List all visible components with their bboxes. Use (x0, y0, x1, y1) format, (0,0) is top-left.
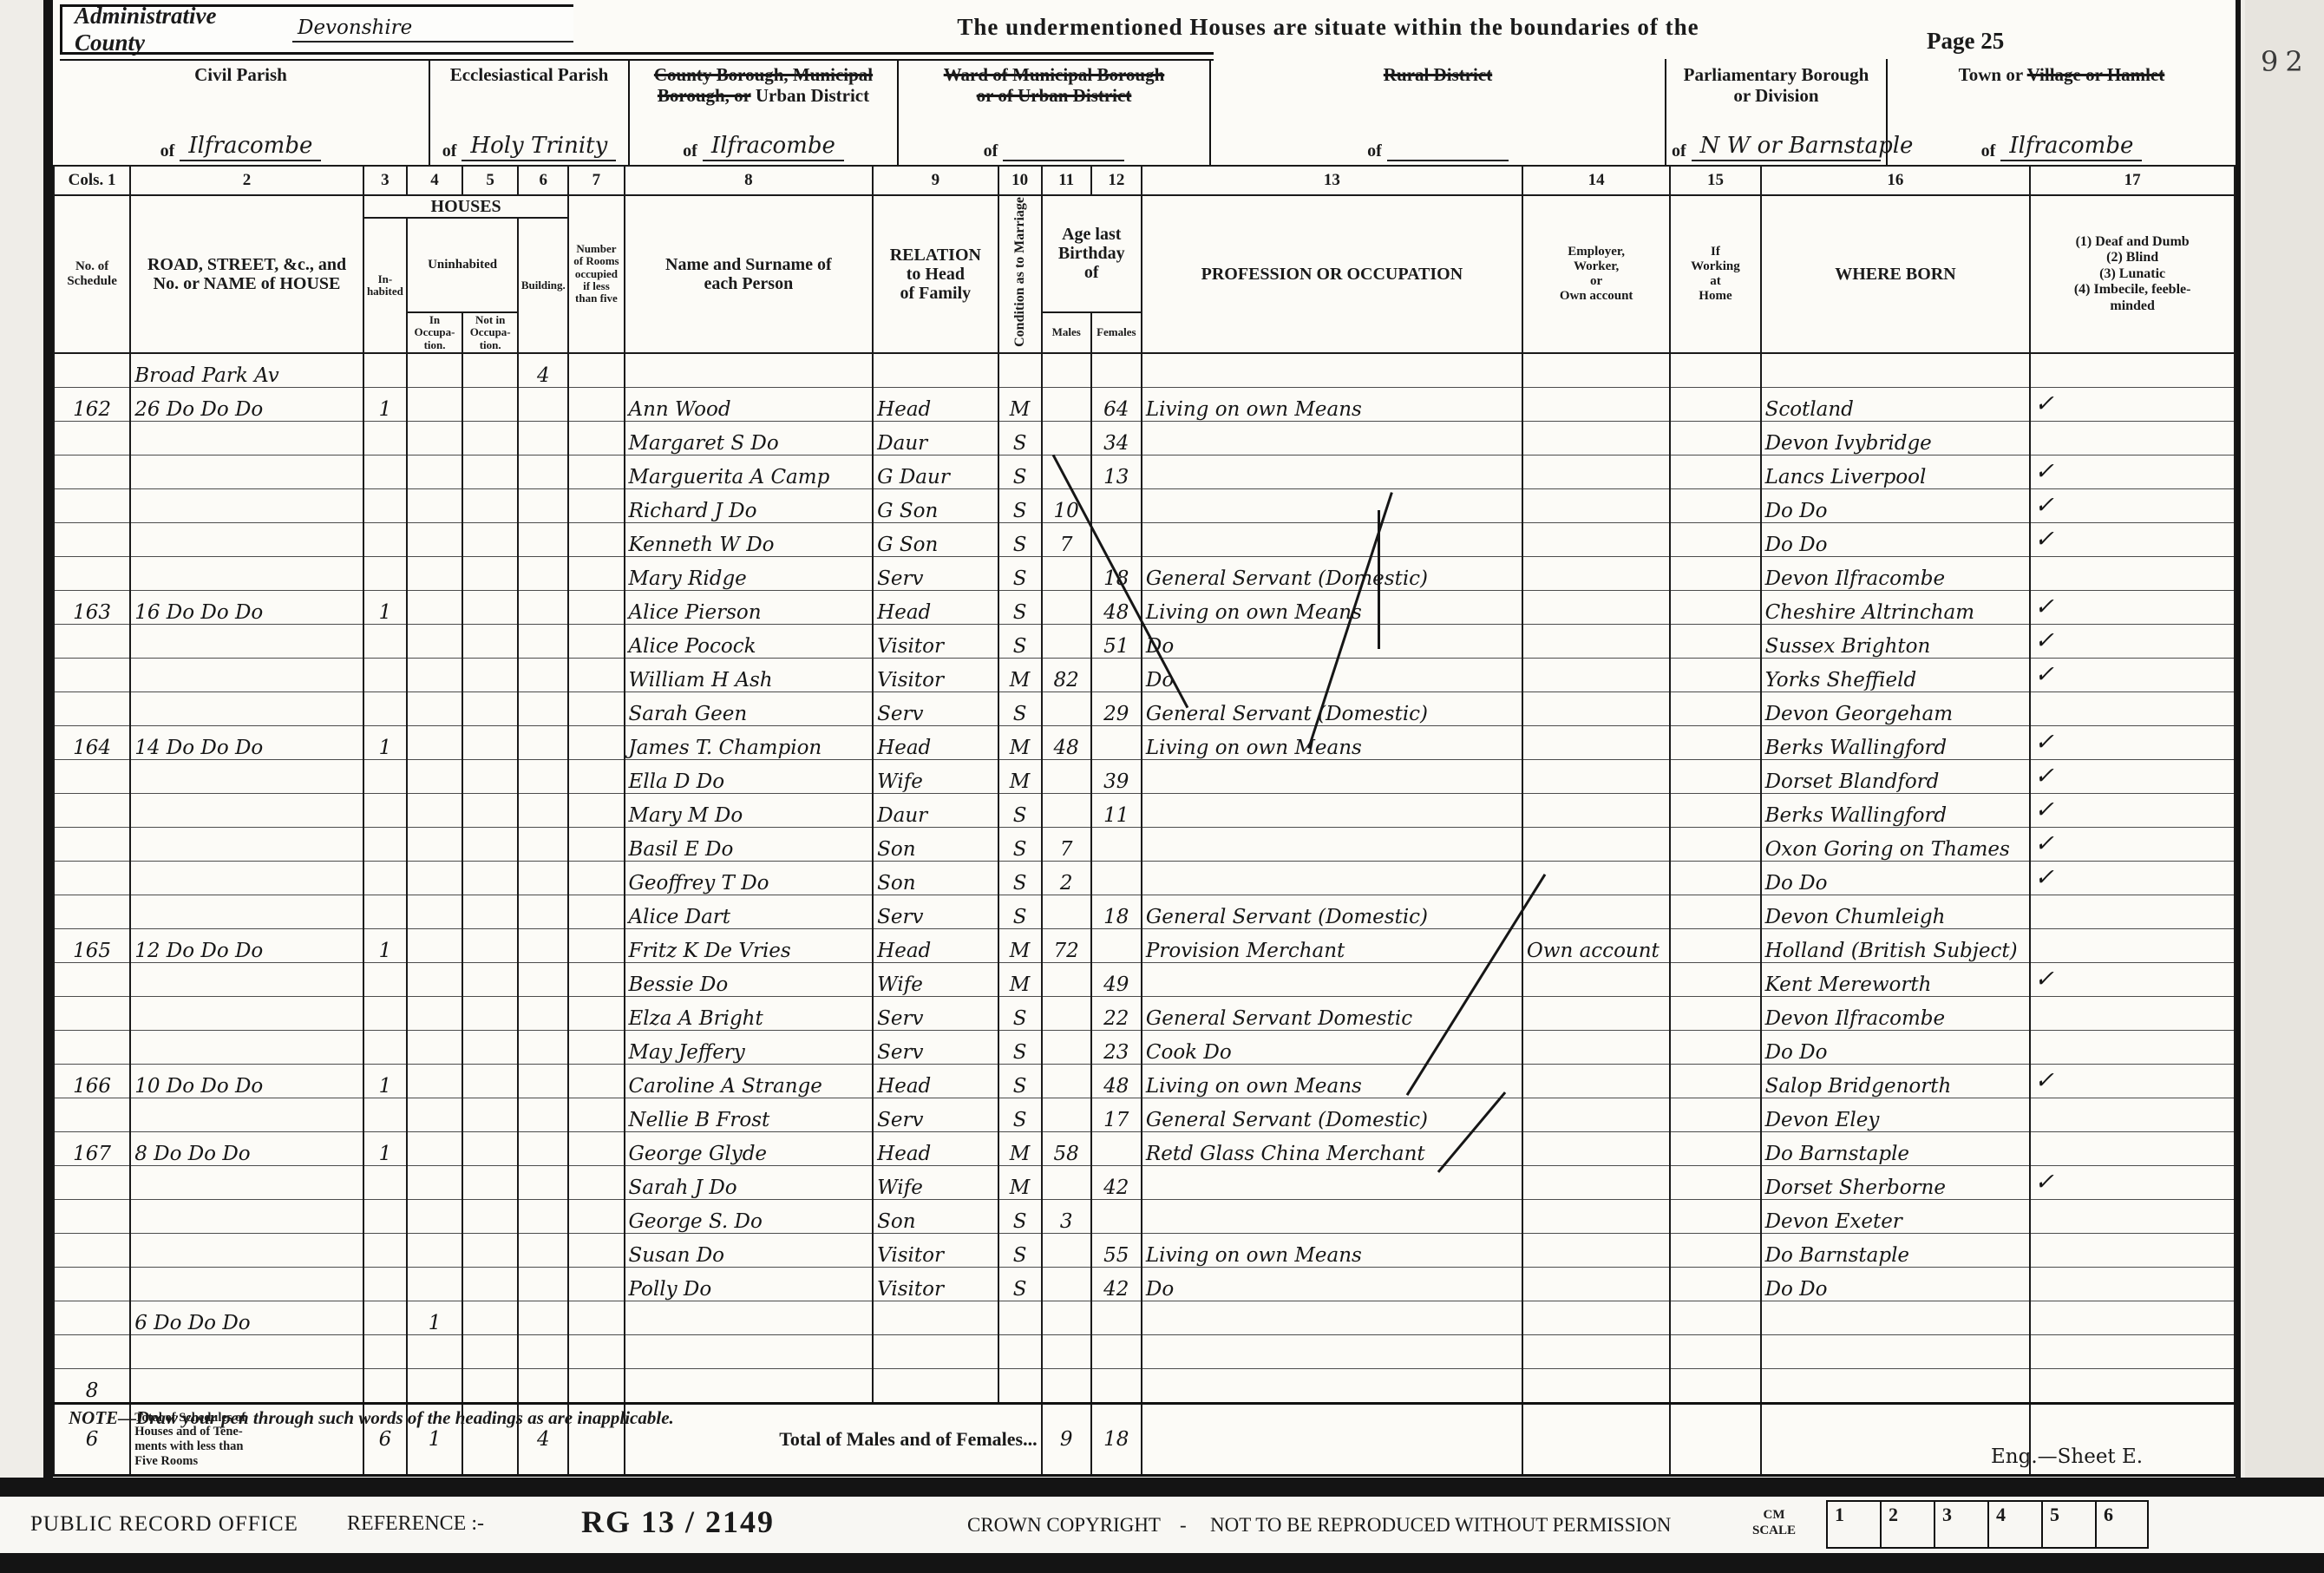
cell-building (518, 488, 568, 522)
cell-rooms (568, 455, 624, 488)
cell-name (625, 1368, 874, 1403)
cell-mark (2030, 1199, 2235, 1233)
cell-female: 42 (1091, 1165, 1142, 1199)
cell-in-occupation (407, 658, 462, 691)
cell-born: Sussex Brighton (1761, 624, 2031, 658)
header-home: If Working at Home (1670, 195, 1760, 353)
cell-road (130, 1098, 363, 1131)
census-row-6: Mary RidgeServS18General Servant (Domest… (54, 556, 2235, 590)
cell-condition: S (998, 455, 1042, 488)
of-prefix: of (442, 141, 457, 161)
census-row-12: Ella D DoWifeM39Dorset Blandford✓ (54, 759, 2235, 793)
cell-relation: Serv (873, 1098, 998, 1131)
cell-schedule: 163 (54, 590, 130, 624)
cell-inhabited (363, 1267, 407, 1301)
heading-text: Urban District (751, 85, 869, 106)
cell-employer (1522, 1368, 1670, 1403)
cell-born: Do Do (1761, 522, 2031, 556)
cell-born: Lancs Liverpool (1761, 455, 2031, 488)
header-occupation: PROFESSION OR OCCUPATION (1142, 195, 1522, 353)
cell-employer (1522, 387, 1670, 421)
cell-mark (2030, 1267, 2235, 1301)
cell-born: Devon Ilfracombe (1761, 996, 2031, 1030)
scan-right-margin (2245, 0, 2324, 1573)
struck-heading-text: Borough, or (658, 85, 751, 106)
cell-building (518, 1165, 568, 1199)
cell-road: 12 Do Do Do (130, 928, 363, 962)
cell-mark: ✓ (2030, 1064, 2235, 1098)
cell-born: Do Barnstaple (1761, 1233, 2031, 1267)
cell-name: Alice Pierson (625, 590, 874, 624)
ruler-cell-6: 6 (2095, 1500, 2149, 1549)
cell-in-occupation (407, 387, 462, 421)
cell-relation: Daur (873, 793, 998, 827)
cell-occupation: Do (1142, 624, 1522, 658)
cell-inhabited (363, 1098, 407, 1131)
cell-not-in-occupation (462, 1098, 518, 1131)
parish-box-0: Civil ParishofIlfracombe (53, 59, 430, 165)
parish-box-value: N W or Barnstaple (1692, 133, 1881, 161)
census-row-16: Alice DartServS18General Servant (Domest… (54, 895, 2235, 928)
cell-condition (998, 1301, 1042, 1334)
cell-schedule: 167 (54, 1131, 130, 1165)
cell-mark (2030, 895, 2235, 928)
cell-condition: S (998, 556, 1042, 590)
cell-name: Fritz K De Vries (625, 928, 874, 962)
footnote: NOTE—Draw your pen through such words of… (69, 1407, 674, 1429)
cell-in-occupation (407, 1165, 462, 1199)
cell-relation: Head (873, 590, 998, 624)
cell-name: Richard J Do (625, 488, 874, 522)
cell-condition: S (998, 421, 1042, 455)
footer-office: PUBLIC RECORD OFFICE (30, 1512, 298, 1537)
cell-road: 14 Do Do Do (130, 725, 363, 759)
cell-female (1091, 827, 1142, 861)
cell-occupation (1142, 962, 1522, 996)
cell-in-occupation (407, 488, 462, 522)
cell-building (518, 590, 568, 624)
cell-mark: ✓ (2030, 658, 2235, 691)
cell-name: Nellie B Frost (625, 1098, 874, 1131)
footer-no-reproduction: NOT TO BE REPRODUCED WITHOUT PERMISSION (1210, 1514, 1671, 1537)
cell-relation: Serv (873, 691, 998, 725)
cell-condition: S (998, 624, 1042, 658)
cell-not-in-occupation (462, 1334, 518, 1368)
cell-home (1670, 387, 1760, 421)
cell-relation: Visitor (873, 658, 998, 691)
cell-road: Broad Park Av (130, 353, 363, 388)
cell-home (1670, 1233, 1760, 1267)
cell-employer (1522, 759, 1670, 793)
cell-in-occupation (407, 928, 462, 962)
cell-male (1042, 624, 1091, 658)
cell-condition: S (998, 522, 1042, 556)
cell-condition: M (998, 1131, 1042, 1165)
cell-employer (1522, 793, 1670, 827)
cell-male (1042, 1064, 1091, 1098)
cell-inhabited (363, 455, 407, 488)
cell-employer (1522, 488, 1670, 522)
cell-inhabited (363, 759, 407, 793)
totals-females: 18 (1091, 1403, 1142, 1475)
column-number-11: 11 (1042, 166, 1091, 195)
cell-schedule (54, 1030, 130, 1064)
cell-building (518, 895, 568, 928)
cell-condition (998, 1368, 1042, 1403)
cell-male (1042, 1233, 1091, 1267)
census-row-15: Geoffrey T DoSonS2Do Do✓ (54, 861, 2235, 895)
cell-building (518, 691, 568, 725)
cell-not-in-occupation (462, 725, 518, 759)
cell-condition: S (998, 1098, 1042, 1131)
cell-occupation: General Servant (Domestic) (1142, 691, 1522, 725)
cell-occupation: General Servant (Domestic) (1142, 895, 1522, 928)
cell-in-occupation (407, 691, 462, 725)
cell-schedule (54, 1334, 130, 1368)
cell-building (518, 387, 568, 421)
cell-rooms (568, 387, 624, 421)
cell-condition: M (998, 759, 1042, 793)
cell-road (130, 691, 363, 725)
cell-schedule (54, 861, 130, 895)
census-row-22: Nellie B FrostServS17General Servant (Do… (54, 1098, 2235, 1131)
cell-inhabited (363, 658, 407, 691)
cell-inhabited (363, 793, 407, 827)
cell-schedule (54, 522, 130, 556)
cell-inhabited (363, 522, 407, 556)
parish-box-value: Ilfracombe (703, 133, 844, 161)
cell-male (1042, 1098, 1091, 1131)
parish-box-value: Ilfracombe (2000, 133, 2142, 161)
cell-rooms (568, 624, 624, 658)
cell-employer (1522, 590, 1670, 624)
cell-female (1091, 1199, 1142, 1233)
cell-born: Kent Mereworth (1761, 962, 2031, 996)
cell-condition: S (998, 1064, 1042, 1098)
cell-occupation: Living on own Means (1142, 387, 1522, 421)
cell-male (1042, 895, 1091, 928)
cell-relation: Head (873, 1131, 998, 1165)
parish-header-band: Civil ParishofIlfracombeEcclesiastical P… (53, 59, 2236, 168)
cell-employer (1522, 658, 1670, 691)
cell-mark (2030, 1334, 2235, 1368)
cell-rooms (568, 590, 624, 624)
cell-employer (1522, 455, 1670, 488)
cell-home (1670, 996, 1760, 1030)
header-uninhabited: Uninhabited (407, 218, 518, 312)
parish-box-label: Parliamentary Boroughor Division (1672, 64, 1881, 106)
cell-occupation (1142, 1165, 1522, 1199)
cell-schedule: 165 (54, 928, 130, 962)
cell-female (1091, 1301, 1142, 1334)
cell-rooms (568, 793, 624, 827)
census-row-0: Broad Park Av4 (54, 353, 2235, 388)
cell-mark (2030, 996, 2235, 1030)
pen-brace-line (1378, 510, 1380, 649)
cell-road (130, 895, 363, 928)
cell-home (1670, 556, 1760, 590)
cell-building (518, 658, 568, 691)
ruler-cell-1: 1 (1826, 1500, 1880, 1549)
cell-relation: Serv (873, 556, 998, 590)
cell-male (1042, 1165, 1091, 1199)
ruler-cell-2: 2 (1880, 1500, 1934, 1549)
cell-mark (2030, 1301, 2235, 1334)
cell-name: Alice Pocock (625, 624, 874, 658)
cell-not-in-occupation (462, 759, 518, 793)
cell-inhabited (363, 691, 407, 725)
parish-box-6: Town or Village or HamletofIlfracombe (1888, 59, 2236, 165)
cell-in-occupation (407, 1199, 462, 1233)
cell-not-in-occupation (462, 1030, 518, 1064)
census-row-29 (54, 1334, 2235, 1368)
cell-male (1042, 962, 1091, 996)
cell-in-occupation (407, 353, 462, 388)
cell-occupation (1142, 861, 1522, 895)
cell-relation: Son (873, 1199, 998, 1233)
cell-female: 55 (1091, 1233, 1142, 1267)
column-number-3: 3 (363, 166, 407, 195)
cell-schedule (54, 624, 130, 658)
cell-born: Do Do (1761, 861, 2031, 895)
cell-name: James T. Champion (625, 725, 874, 759)
struck-heading-text: or of Urban District (977, 85, 1132, 106)
cell-condition: S (998, 488, 1042, 522)
cell-inhabited (363, 1030, 407, 1064)
cell-mark: ✓ (2030, 861, 2235, 895)
cell-in-occupation (407, 1064, 462, 1098)
parish-box-label: Ward of Municipal Boroughor of Urban Dis… (904, 64, 1204, 106)
cell-in-occupation (407, 895, 462, 928)
cell-condition: M (998, 962, 1042, 996)
cell-male: 48 (1042, 725, 1091, 759)
cell-occupation: Living on own Means (1142, 1233, 1522, 1267)
cell-name: Ann Wood (625, 387, 874, 421)
cell-road (130, 556, 363, 590)
cell-occupation (1142, 421, 1522, 455)
census-row-4: Richard J DoG SonS10Do Do✓ (54, 488, 2235, 522)
cell-name: Alice Dart (625, 895, 874, 928)
cell-inhabited: 1 (363, 725, 407, 759)
ruler-cell-3: 3 (1934, 1500, 1987, 1549)
cell-mark (2030, 928, 2235, 962)
totals-born (1761, 1403, 2031, 1475)
cell-building (518, 1334, 568, 1368)
cell-female: 11 (1091, 793, 1142, 827)
column-number-8: 8 (625, 166, 874, 195)
cell-building (518, 759, 568, 793)
cell-mark (2030, 1368, 2235, 1403)
cell-male (1042, 556, 1091, 590)
census-row-10: Sarah GeenServS29General Servant (Domest… (54, 691, 2235, 725)
cell-employer (1522, 1334, 1670, 1368)
cell-condition: S (998, 793, 1042, 827)
census-row-11: 16414 Do Do Do1James T. ChampionHeadM48L… (54, 725, 2235, 759)
totals-employer (1522, 1403, 1670, 1475)
cell-condition: M (998, 387, 1042, 421)
of-prefix: of (1981, 141, 1996, 161)
cell-employer (1522, 1098, 1670, 1131)
cell-born: Berks Wallingford (1761, 725, 2031, 759)
cell-employer (1522, 624, 1670, 658)
cell-building (518, 1098, 568, 1131)
cell-born: Devon Eley (1761, 1098, 2031, 1131)
cell-in-occupation (407, 1267, 462, 1301)
cell-rooms (568, 1131, 624, 1165)
cell-not-in-occupation (462, 861, 518, 895)
cell-building (518, 1301, 568, 1334)
cell-home (1670, 421, 1760, 455)
cell-occupation: General Servant (Domestic) (1142, 1098, 1522, 1131)
header-relation: RELATION to Head of Family (873, 195, 998, 353)
cell-occupation (1142, 522, 1522, 556)
cell-inhabited (363, 1165, 407, 1199)
census-row-20: May JefferyServS23Cook DoDo Do (54, 1030, 2235, 1064)
cell-in-occupation (407, 421, 462, 455)
cell-male (1042, 421, 1091, 455)
census-row-17: 16512 Do Do Do1Fritz K De VriesHeadM72Pr… (54, 928, 2235, 962)
cell-road: 10 Do Do Do (130, 1064, 363, 1098)
cell-condition (998, 1334, 1042, 1368)
cell-mark: ✓ (2030, 488, 2235, 522)
cell-female: 23 (1091, 1030, 1142, 1064)
cell-condition: S (998, 827, 1042, 861)
cell-mark: ✓ (2030, 827, 2235, 861)
parish-box-label: Rural District (1216, 64, 1660, 85)
cell-born: Salop Bridgenorth (1761, 1064, 2031, 1098)
cell-mark (2030, 353, 2235, 388)
cell-male: 7 (1042, 827, 1091, 861)
cell-road (130, 1334, 363, 1368)
cell-building (518, 522, 568, 556)
cell-female: 64 (1091, 387, 1142, 421)
parish-box-label: Town or Village or Hamlet (1893, 64, 2230, 85)
cell-home (1670, 1165, 1760, 1199)
cell-relation: Visitor (873, 1233, 998, 1267)
cell-building (518, 1064, 568, 1098)
header-name: Name and Surname of each Person (625, 195, 874, 353)
totals-males: 9 (1042, 1403, 1091, 1475)
cell-schedule (54, 1301, 130, 1334)
cell-name: Polly Do (625, 1267, 874, 1301)
cell-relation: Head (873, 928, 998, 962)
cell-home (1670, 455, 1760, 488)
undermentioned-heading: The undermentioned Houses are situate wi… (912, 14, 1745, 41)
cell-not-in-occupation (462, 590, 518, 624)
cell-in-occupation (407, 1368, 462, 1403)
cell-schedule: 164 (54, 725, 130, 759)
cell-road (130, 488, 363, 522)
cell-in-occupation (407, 1030, 462, 1064)
administrative-county-value: Devonshire (292, 16, 573, 43)
cell-not-in-occupation (462, 1301, 518, 1334)
cell-female: 51 (1091, 624, 1142, 658)
cell-relation (873, 1368, 998, 1403)
cell-born: Devon Exeter (1761, 1199, 2031, 1233)
cell-employer (1522, 827, 1670, 861)
cell-female: 34 (1091, 421, 1142, 455)
cell-not-in-occupation (462, 996, 518, 1030)
parish-box-label: County Borough, MunicipalBorough, or Urb… (635, 64, 892, 106)
cell-schedule (54, 556, 130, 590)
cell-female (1091, 861, 1142, 895)
cell-employer (1522, 1199, 1670, 1233)
cell-rooms (568, 1267, 624, 1301)
cell-in-occupation (407, 962, 462, 996)
cell-relation (873, 1301, 998, 1334)
cell-occupation: General Servant (Domestic) (1142, 556, 1522, 590)
cell-building (518, 827, 568, 861)
of-prefix: of (1367, 141, 1382, 161)
cell-occupation (1142, 353, 1522, 388)
cell-home (1670, 1199, 1760, 1233)
cell-inhabited (363, 827, 407, 861)
cell-building (518, 928, 568, 962)
scan-left-edge (43, 0, 53, 1479)
cell-condition: S (998, 1199, 1042, 1233)
cell-home (1670, 1064, 1760, 1098)
column-number-16: 16 (1761, 166, 2031, 195)
cell-born: Cheshire Altrincham (1761, 590, 2031, 624)
cell-home (1670, 827, 1760, 861)
totals-occupation (1142, 1403, 1522, 1475)
census-row-27: Polly DoVisitorS42DoDo Do (54, 1267, 2235, 1301)
cell-relation (873, 353, 998, 388)
cell-condition: M (998, 725, 1042, 759)
cell-employer (1522, 691, 1670, 725)
cell-home (1670, 691, 1760, 725)
census-scan-page: Administrative County Devonshire The und… (0, 0, 2324, 1573)
cell-home (1670, 793, 1760, 827)
cell-not-in-occupation (462, 353, 518, 388)
cell-building (518, 1233, 568, 1267)
cell-mark: ✓ (2030, 759, 2235, 793)
cell-born: Devon Ivybridge (1761, 421, 2031, 455)
cell-not-in-occupation (462, 1368, 518, 1403)
cell-employer (1522, 996, 1670, 1030)
column-number-row: Cols. 1234567891011121314151617 (54, 166, 2235, 195)
cell-mark (2030, 556, 2235, 590)
cell-rooms (568, 895, 624, 928)
cell-inhabited (363, 996, 407, 1030)
struck-heading-text: County Borough, Municipal (654, 64, 873, 85)
column-number-10: 10 (998, 166, 1042, 195)
cell-road (130, 759, 363, 793)
cell-road: 26 Do Do Do (130, 387, 363, 421)
cell-inhabited: 1 (363, 1131, 407, 1165)
header-females: Females (1091, 312, 1142, 353)
cell-male: 3 (1042, 1199, 1091, 1233)
cell-male: 10 (1042, 488, 1091, 522)
heading-text: Civil Parish (194, 64, 287, 85)
cell-rooms (568, 1098, 624, 1131)
cell-relation (873, 1334, 998, 1368)
cell-condition: S (998, 1267, 1042, 1301)
cell-mark: ✓ (2030, 962, 2235, 996)
cell-male: 7 (1042, 522, 1091, 556)
column-number-9: 9 (873, 166, 998, 195)
cell-relation: Serv (873, 1030, 998, 1064)
cell-male: 58 (1042, 1131, 1091, 1165)
cell-female (1091, 1334, 1142, 1368)
cell-rooms (568, 1030, 624, 1064)
cell-occupation (1142, 759, 1522, 793)
cell-road (130, 1030, 363, 1064)
cell-occupation: Do (1142, 1267, 1522, 1301)
cell-female: 29 (1091, 691, 1142, 725)
cell-condition: S (998, 895, 1042, 928)
cell-schedule (54, 793, 130, 827)
